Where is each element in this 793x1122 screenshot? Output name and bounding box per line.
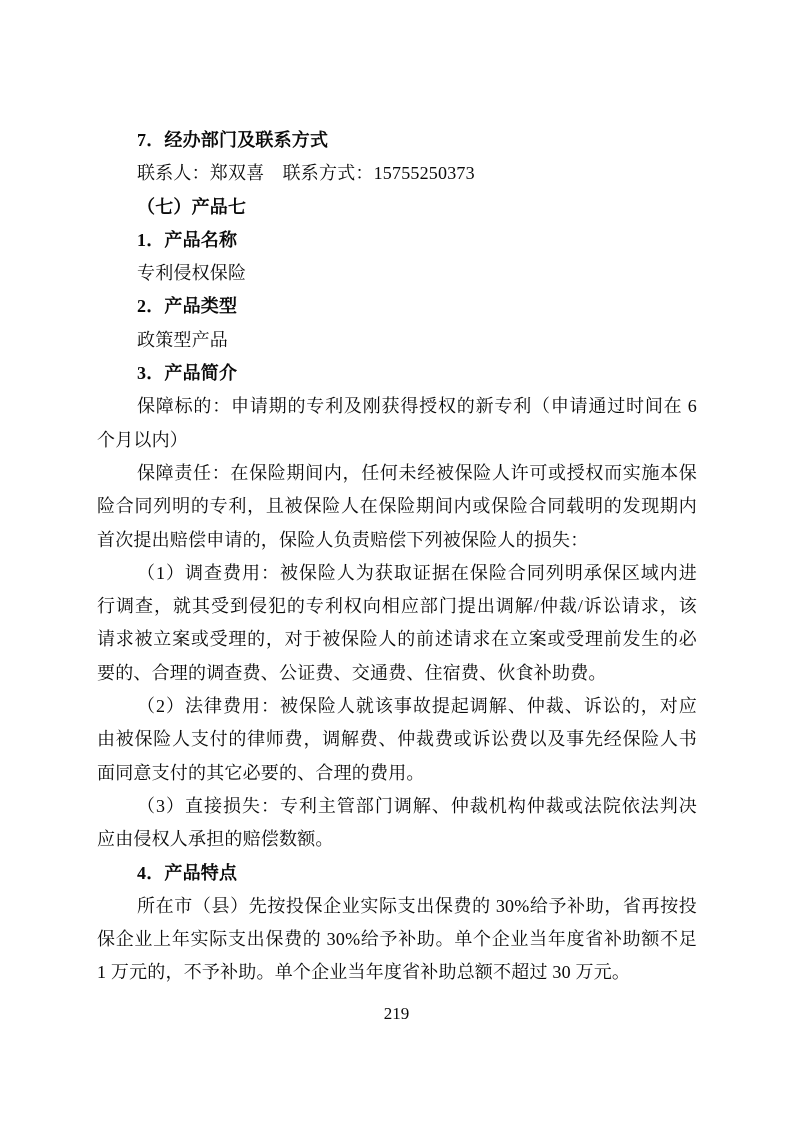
text-line: 联系人：郑双喜 联系方式：15755250373 bbox=[97, 157, 697, 190]
text-line: 面同意支付的其它必要的、合理的费用。 bbox=[97, 757, 697, 790]
text-line: 专利侵权保险 bbox=[97, 257, 697, 290]
text-line: 行调查，就其受到侵犯的专利权向相应部门提出调解/仲裁/诉讼请求，该 bbox=[97, 590, 697, 623]
text-line: 首次提出赔偿申请的，保险人负责赔偿下列被保险人的损失： bbox=[97, 524, 697, 557]
text-line: （1）调查费用：被保险人为获取证据在保险合同列明承保区域内进 bbox=[97, 557, 697, 590]
text-line: 个月以内） bbox=[97, 424, 697, 457]
text-line: 请求被立案或受理的，对于被保险人的前述请求在立案或受理前发生的必 bbox=[97, 623, 697, 656]
text-line: 保企业上年实际支出保费的 30%给予补助。单个企业当年度省补助额不足 bbox=[97, 923, 697, 956]
text-line: 由被保险人支付的律师费，调解费、仲裁费或诉讼费以及事先经保险人书 bbox=[97, 723, 697, 756]
text-line: 政策型产品 bbox=[97, 324, 697, 357]
section-heading: （七）产品七 bbox=[97, 191, 697, 224]
text-line: 1 万元的，不予补助。单个企业当年度省补助总额不超过 30 万元。 bbox=[97, 956, 697, 989]
text-line: 保障标的：申请期的专利及刚获得授权的新专利（申请通过时间在 6 bbox=[97, 390, 697, 423]
section-heading: 1．产品名称 bbox=[97, 224, 697, 257]
text-line: 应由侵权人承担的赔偿数额。 bbox=[97, 823, 697, 856]
text-line: 所在市（县）先按投保企业实际支出保费的 30%给予补助，省再按投 bbox=[97, 890, 697, 923]
text-line: 要的、合理的调查费、公证费、交通费、住宿费、伙食补助费。 bbox=[97, 657, 697, 690]
section-heading: 2．产品类型 bbox=[97, 290, 697, 323]
section-heading: 3．产品简介 bbox=[97, 357, 697, 390]
section-heading: 7．经办部门及联系方式 bbox=[97, 124, 697, 157]
document-content: 7．经办部门及联系方式联系人：郑双喜 联系方式：15755250373（七）产品… bbox=[97, 124, 697, 990]
text-line: 保障责任：在保险期间内，任何未经被保险人许可或授权而实施本保 bbox=[97, 457, 697, 490]
text-line: （3）直接损失：专利主管部门调解、仲裁机构仲裁或法院依法判决 bbox=[97, 790, 697, 823]
document-page: 7．经办部门及联系方式联系人：郑双喜 联系方式：15755250373（七）产品… bbox=[0, 0, 793, 1122]
section-heading: 4．产品特点 bbox=[97, 857, 697, 890]
text-line: 险合同列明的专利，且被保险人在保险期间内或保险合同载明的发现期内 bbox=[97, 490, 697, 523]
text-line: （2）法律费用：被保险人就该事故提起调解、仲裁、诉讼的，对应 bbox=[97, 690, 697, 723]
page-number: 219 bbox=[0, 1002, 793, 1026]
